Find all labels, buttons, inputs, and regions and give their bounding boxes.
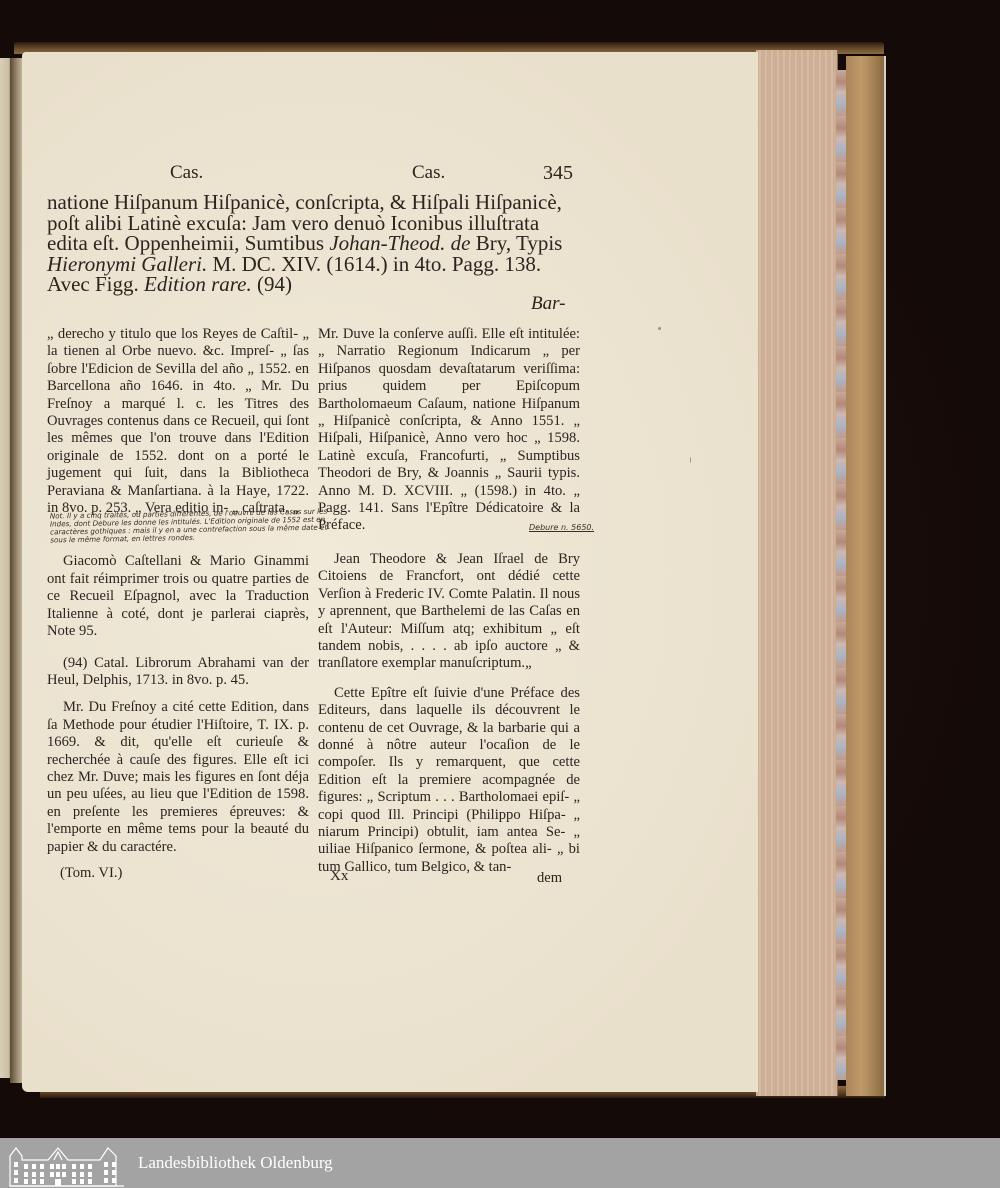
right-paragraph-2: Jean Theodore & Jean Iſrael de Bry Citoi… xyxy=(318,551,580,673)
page-fore-edge xyxy=(756,50,838,1096)
handwritten-annotation: Not. Il y a cinq traités, ou parties dif… xyxy=(50,508,331,545)
right-column: Mr. Duve la conſerve auſſi. Elle eſt int… xyxy=(318,326,580,876)
lead-line: Avec Figg. Edition rare. (94) xyxy=(47,274,580,295)
lead-text: (94) xyxy=(252,272,292,296)
volume-marker: (Tom. VI.) xyxy=(60,865,122,882)
left-paragraph-1: „ derecho y titulo que los Reyes de Caſt… xyxy=(47,326,309,517)
catchword-bottom: dem xyxy=(537,870,562,887)
handwritten-reference: Debure n. 5650. xyxy=(529,523,594,532)
running-head-left: Cas. xyxy=(170,162,203,184)
lead-line: edita eſt. Oppenheimii, Sumtibus Johan-T… xyxy=(47,233,580,254)
left-paragraph-4: Mr. Du Freſnoy a cité cette Edition, dan… xyxy=(47,699,309,856)
lead-paragraph: natione Hiſpanum Hiſpanicè, conſcripta, … xyxy=(47,192,580,295)
signature-mark: Xx xyxy=(330,868,348,885)
book-cover-side xyxy=(846,56,886,1096)
left-column: „ derecho y titulo que los Reyes de Caſt… xyxy=(47,326,309,856)
paper-speck xyxy=(690,457,691,463)
lead-line: Hieronymi Galleri. M. DC. XIV. (1614.) i… xyxy=(47,254,580,275)
library-banner: Landesbibliothek Oldenburg xyxy=(0,1138,1000,1188)
footnote-94: (94) Catal. Librorum Abrahami van der He… xyxy=(47,655,309,690)
lead-line: poſt alibi Latinè excuſa: Jam vero denuò… xyxy=(47,213,580,234)
lead-line: natione Hiſpanum Hiſpanicè, conſcripta, … xyxy=(47,192,580,213)
spacer xyxy=(318,535,580,551)
paper-speck xyxy=(658,327,661,330)
library-building-icon xyxy=(8,1142,126,1188)
right-paragraph-1: Mr. Duve la conſerve auſſi. Elle eſt int… xyxy=(318,326,580,535)
institution-name: Landesbibliothek Oldenburg xyxy=(138,1153,333,1173)
lead-italic: Edition rare. xyxy=(144,272,252,296)
left-paragraph-2: Giacomò Caſtellani & Mario Ginammi ont f… xyxy=(47,553,309,640)
page-number: 345 xyxy=(543,162,573,185)
right-paragraph-3: Cette Epître eſt ſuivie d'une Préface de… xyxy=(318,685,580,876)
catchword-top: Bar- xyxy=(531,293,565,315)
lead-text: Avec Figg. xyxy=(47,272,144,296)
running-head-center: Cas. xyxy=(412,162,445,184)
